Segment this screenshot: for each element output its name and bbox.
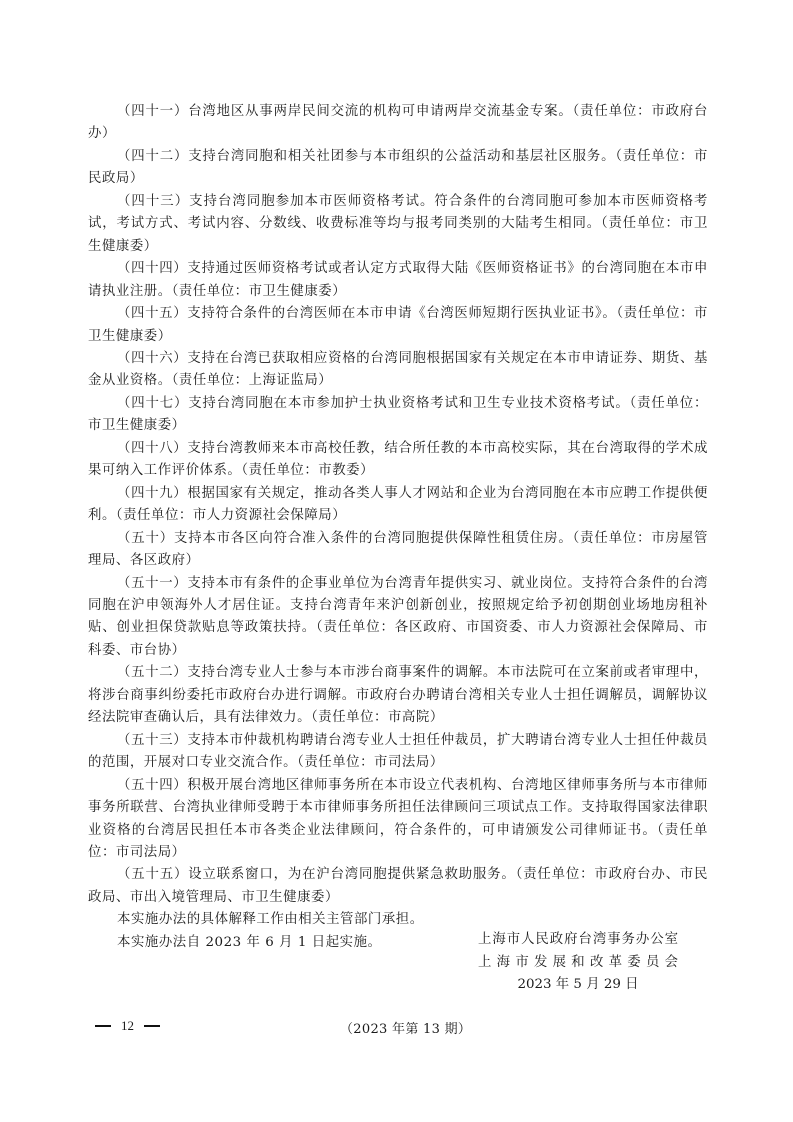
paragraph-51: （五十一）支持本市有条件的企事业单位为台湾青年提供实习、就业岗位。支持符合条件的…: [88, 573, 708, 663]
paragraph-53: （五十三）支持本市仲裁机构聘请台湾专业人士担任仲裁员，扩大聘请台湾专业人士担任仲…: [88, 730, 708, 775]
page-footer: 12 （2023 年第 13 期）: [0, 1018, 793, 1040]
issue-date: 2023 年 5 月 29 日: [478, 974, 678, 997]
paragraph-48: （四十八）支持台湾教师来本市高校任教，结合所任教的本市高校实际，其在台湾取得的学…: [88, 438, 708, 483]
paragraph-49: （四十九）根据国家有关规定，推动各类人事人才网站和企业为台湾同胞在本市应聘工作提…: [88, 483, 708, 528]
issuing-org-development-reform: 上海市发展和改革委员会: [478, 952, 678, 975]
dash-left-icon: [95, 1025, 111, 1027]
page-number-value: 12: [121, 1018, 134, 1034]
paragraph-46: （四十六）支持在台湾已获取相应资格的台湾同胞根据国家有关规定在本市申请证券、期货…: [88, 348, 708, 393]
page-number: 12: [95, 1018, 160, 1034]
signature-block: 上海市人民政府台湾事务办公室 上海市发展和改革委员会 2023 年 5 月 29…: [478, 929, 678, 997]
dash-right-icon: [144, 1025, 160, 1027]
issuing-org-taiwan-affairs: 上海市人民政府台湾事务办公室: [478, 929, 678, 952]
paragraph-52: （五十二）支持台湾专业人士参与本市涉台商事案件的调解。本市法院可在立案前或者审理…: [88, 662, 708, 729]
paragraph-54: （五十四）积极开展台湾地区律师事务所在本市设立代表机构、台湾地区律师事务所与本市…: [88, 775, 708, 865]
paragraph-43: （四十三）支持台湾同胞参加本市医师资格考试。符合条件的台湾同胞可参加本市医师资格…: [88, 191, 708, 258]
document-body: （四十一）台湾地区从事两岸民间交流的机构可申请两岸交流基金专案。（责任单位：市政…: [88, 101, 708, 954]
paragraph-50: （五十）支持本市各区向符合准入条件的台湾同胞提供保障性租赁住房。（责任单位：市房…: [88, 528, 708, 573]
paragraph-42: （四十二）支持台湾同胞和相关社团参与本市组织的公益活动和基层社区服务。（责任单位…: [88, 146, 708, 191]
paragraph-44: （四十四）支持通过医师资格考试或者认定方式取得大陆《医师资格证书》的台湾同胞在本…: [88, 258, 708, 303]
paragraph-55: （五十五）设立联系窗口，为在沪台湾同胞提供紧急救助服务。（责任单位：市政府台办、…: [88, 864, 708, 909]
issue-label: （2023 年第 13 期）: [340, 1018, 471, 1037]
paragraph-47: （四十七）支持台湾同胞在本市参加护士执业资格考试和卫生专业技术资格考试。（责任单…: [88, 393, 708, 438]
paragraph-45: （四十五）支持符合条件的台湾医师在本市申请《台湾医师短期行医执业证书》。（责任单…: [88, 303, 708, 348]
paragraph-41: （四十一）台湾地区从事两岸民间交流的机构可申请两岸交流基金专案。（责任单位：市政…: [88, 101, 708, 146]
